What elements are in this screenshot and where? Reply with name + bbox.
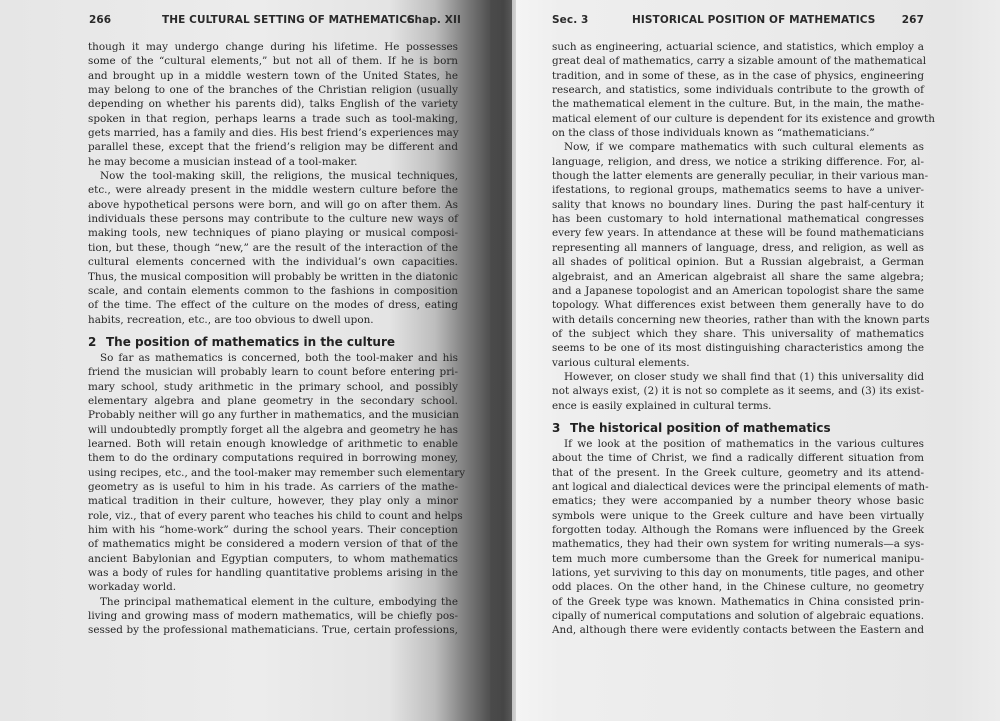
text-line: mathematics, they had their own system f… xyxy=(552,537,924,551)
section-label: Sec. 3 xyxy=(552,14,588,26)
paragraph: such as engineering, actuarial science, … xyxy=(552,40,924,140)
text-line: of the subject which they share. This un… xyxy=(552,327,924,341)
paragraph: If we look at the position of mathematic… xyxy=(552,437,924,638)
text-line: odd places. On the other hand, in the Ch… xyxy=(552,580,924,594)
text-line: However, on closer study we shall find t… xyxy=(552,370,924,384)
text-line: elementary algebra and plane geometry in… xyxy=(88,394,458,408)
section-number: 2 xyxy=(88,333,106,351)
right-page: Sec. 3 HISTORICAL POSITION OF MATHEMATIC… xyxy=(512,0,1000,721)
text-line: living and growing mass of modern mathem… xyxy=(88,609,458,623)
text-line: about the time of Christ, we find a radi… xyxy=(552,451,924,465)
text-line: geometry as is useful to him in his trad… xyxy=(88,480,458,494)
text-line: though the latter elements are generally… xyxy=(552,169,924,183)
text-line: Now, if we compare mathematics with such… xyxy=(552,140,924,154)
text-line: various cultural elements. xyxy=(552,356,924,370)
text-line: such as engineering, actuarial science, … xyxy=(552,40,924,54)
text-line: algebraist, and an American algebraist a… xyxy=(552,270,924,284)
book-spread: 266 THE CULTURAL SETTING OF MATHEMATICS … xyxy=(0,0,1000,721)
text-line: tradition, and in some of these, as in t… xyxy=(552,69,924,83)
text-line: cultural elements concerned with the ind… xyxy=(88,255,458,269)
paragraph: though it may undergo change during his … xyxy=(88,40,458,169)
text-line: Thus, the musical composition will proba… xyxy=(88,270,458,284)
text-line: that of the present. In the Greek cultur… xyxy=(552,466,924,480)
text-line: habits, recreation, etc., are too obviou… xyxy=(88,313,458,327)
text-line: ence is easily explained in cultural ter… xyxy=(552,399,924,413)
text-line: ematics; they were accompanied by a numb… xyxy=(552,494,924,508)
text-line: parallel these, except that the friend’s… xyxy=(88,140,458,154)
paragraph: So far as mathematics is concerned, both… xyxy=(88,351,458,595)
text-line: of the time. The effect of the culture o… xyxy=(88,298,458,312)
text-line: matical tradition in their culture, howe… xyxy=(88,494,458,508)
text-line: symbols were unique to the Greek culture… xyxy=(552,509,924,523)
section-heading: 2The position of mathematics in the cult… xyxy=(88,333,458,351)
text-line: learned. Both will retain enough knowled… xyxy=(88,437,458,451)
text-line: gets married, has a family and dies. His… xyxy=(88,126,458,140)
section-title: The position of mathematics in the cultu… xyxy=(106,335,395,349)
left-page-body: though it may undergo change during his … xyxy=(88,40,458,638)
text-line: and a Japanese topologist and an America… xyxy=(552,284,924,298)
text-line: forgotten today. Although the Romans wer… xyxy=(552,523,924,537)
text-line: every few years. In attendance at these … xyxy=(552,226,924,240)
section-number: 3 xyxy=(552,419,570,437)
text-line: So far as mathematics is concerned, both… xyxy=(88,351,458,365)
text-line: tem much more cumbersome than the Greek … xyxy=(552,552,924,566)
text-line: cipally of numerical computations and so… xyxy=(552,609,924,623)
text-line: individuals these persons may contribute… xyxy=(88,212,458,226)
text-line: will undoubtedly promptly forget all the… xyxy=(88,423,458,437)
text-line: matical element of our culture is depend… xyxy=(552,112,924,126)
paragraph: However, on closer study we shall find t… xyxy=(552,370,924,413)
text-line: on the class of those individuals known … xyxy=(552,126,924,140)
text-line: he may become a musician instead of a to… xyxy=(88,155,458,169)
text-line: all shades of political opinion. But a R… xyxy=(552,255,924,269)
text-line: with details concerning new theories, ra… xyxy=(552,313,924,327)
running-title: HISTORICAL POSITION OF MATHEMATICS xyxy=(632,14,875,26)
text-line: him with his “home-work” during the scho… xyxy=(88,523,458,537)
text-line: mary school, study arithmetic in the pri… xyxy=(88,380,458,394)
page-number: 267 xyxy=(902,14,924,26)
text-line: ifestations, to regional groups, mathema… xyxy=(552,183,924,197)
text-line: friend the musician will probably learn … xyxy=(88,365,458,379)
text-line: using recipes, etc., and the tool-maker … xyxy=(88,466,458,480)
chapter-label: Chap. XII xyxy=(407,14,461,26)
text-line: Probably neither will go any further in … xyxy=(88,408,458,422)
running-title: THE CULTURAL SETTING OF MATHEMATICS xyxy=(162,14,415,26)
text-line: research, and statistics, some individua… xyxy=(552,83,924,97)
text-line: ancient Babylonian and Egyptian computer… xyxy=(88,552,458,566)
text-line: lations, yet surviving to this day on mo… xyxy=(552,566,924,580)
text-line: and brought up in a middle western town … xyxy=(88,69,458,83)
text-line: language, religion, and dress, we notice… xyxy=(552,155,924,169)
text-line: spoken in that region, perhaps learns a … xyxy=(88,112,458,126)
left-page: 266 THE CULTURAL SETTING OF MATHEMATICS … xyxy=(0,0,512,721)
paragraph: Now the tool-making skill, the religions… xyxy=(88,169,458,327)
right-page-body: such as engineering, actuarial science, … xyxy=(552,40,924,638)
book-gutter xyxy=(490,0,516,721)
text-line: The principal mathematical element in th… xyxy=(88,595,458,609)
text-line: them to do the ordinary computations req… xyxy=(88,451,458,465)
text-line: of mathematics might be considered a mod… xyxy=(88,537,458,551)
text-line: And, although there were evidently conta… xyxy=(552,623,924,637)
text-line: sessed by the professional mathematician… xyxy=(88,623,458,637)
text-line: sality that knows no boundary lines. Dur… xyxy=(552,198,924,212)
text-line: great deal of mathematics, carry a sizab… xyxy=(552,54,924,68)
text-line: has been customary to hold international… xyxy=(552,212,924,226)
text-line: seems to be one of its most distinguishi… xyxy=(552,341,924,355)
left-running-head: 266 THE CULTURAL SETTING OF MATHEMATICS … xyxy=(89,14,461,30)
text-line: making tools, new techniques of piano pl… xyxy=(88,226,458,240)
text-line: scale, and contain elements common to th… xyxy=(88,284,458,298)
text-line: If we look at the position of mathematic… xyxy=(552,437,924,451)
section-heading: 3The historical position of mathematics xyxy=(552,419,924,437)
text-line: ant logical and dialectical devices were… xyxy=(552,480,924,494)
text-line: workaday world. xyxy=(88,580,458,594)
paragraph: Now, if we compare mathematics with such… xyxy=(552,140,924,370)
text-line: depending on whether his parents did), t… xyxy=(88,97,458,111)
text-line: the mathematical element in the culture.… xyxy=(552,97,924,111)
text-line: Now the tool-making skill, the religions… xyxy=(88,169,458,183)
text-line: representing all manners of language, dr… xyxy=(552,241,924,255)
section-title: The historical position of mathematics xyxy=(570,421,831,435)
paragraph: The principal mathematical element in th… xyxy=(88,595,458,638)
right-running-head: Sec. 3 HISTORICAL POSITION OF MATHEMATIC… xyxy=(552,14,924,30)
text-line: topology. What differences exist between… xyxy=(552,298,924,312)
page-number: 266 xyxy=(89,14,111,26)
text-line: etc., were already present in the middle… xyxy=(88,183,458,197)
text-line: tion, but these, though “new,” are the r… xyxy=(88,241,458,255)
text-line: some of the “cultural elements,” but not… xyxy=(88,54,458,68)
text-line: was a body of rules for handling quantit… xyxy=(88,566,458,580)
text-line: role, viz., that of every parent who tea… xyxy=(88,509,458,523)
text-line: may belong to one of the branches of the… xyxy=(88,83,458,97)
text-line: though it may undergo change during his … xyxy=(88,40,458,54)
text-line: of the Greek type was known. Mathematics… xyxy=(552,595,924,609)
text-line: above hypothetical persons were born, an… xyxy=(88,198,458,212)
text-line: not always exist, (2) it is not so compl… xyxy=(552,384,924,398)
